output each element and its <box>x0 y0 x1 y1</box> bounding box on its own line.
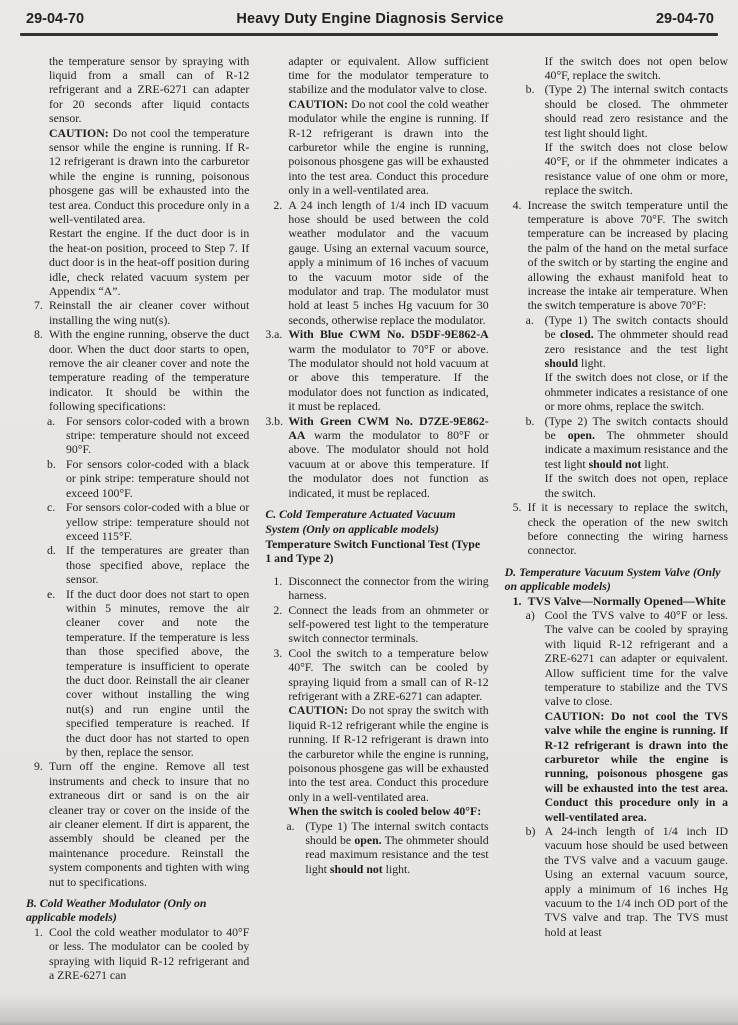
bold-text: should <box>545 356 578 370</box>
text-run: For sensors color-coded with a black or … <box>66 457 249 500</box>
text-block: b.(Type 2) The internal switch contacts … <box>505 82 728 140</box>
text-block: If the switch does not open, replace the… <box>505 471 728 500</box>
text-run: C. Cold Temperature Actuated Vacuum Syst… <box>265 507 455 535</box>
text-block: 2.A 24 inch length of 1/4 inch ID vacuum… <box>265 198 488 328</box>
list-marker: 1. <box>273 574 282 588</box>
bold-text: With Green CWM No. D7ZE-9E862-AA <box>288 414 488 442</box>
text-run: For sensors color-coded with a blue or y… <box>66 500 249 543</box>
text-run: A 24 inch length of 1/4 inch ID vacuum h… <box>288 198 488 327</box>
page-number-right: 29-04-70 <box>594 11 714 27</box>
list-marker: 9. <box>34 759 43 773</box>
text-block: Restart the engine. If the duct door is … <box>26 226 249 298</box>
bold-text: When the switch is cooled below 40°F: <box>288 804 481 818</box>
text-run: CAUTION: Do not spray the switch with li… <box>288 703 488 803</box>
text-block: a.For sensors color-coded with a brown s… <box>26 414 249 457</box>
text-run: If the switch does not close below 40°F,… <box>545 140 728 197</box>
text-block: 8.With the engine running, observe the d… <box>26 327 249 413</box>
section-heading: B. Cold Weather Modulator (Only on appli… <box>26 896 249 925</box>
text-block: If the switch does not open below 40°F, … <box>505 54 728 83</box>
list-marker: a. <box>286 819 294 833</box>
text-block: b.(Type 2) The switch contacts should be… <box>505 414 728 472</box>
list-marker: 3.b. <box>265 414 283 428</box>
text-run: If the temperatures are greater than tho… <box>66 543 249 586</box>
section-heading: D. Temperature Vacuum System Valve (Only… <box>505 565 728 594</box>
text-block: adapter or equivalent. Allow sufficient … <box>265 54 488 97</box>
text-run: A 24-inch length of 1/4 inch ID vacuum h… <box>545 824 728 939</box>
text-block: If the switch does not close, or if the … <box>505 370 728 413</box>
text-run: If it is necessary to replace the switch… <box>528 500 728 557</box>
text-block: CAUTION: Do not spray the switch with li… <box>265 703 488 804</box>
text-block: When the switch is cooled below 40°F: <box>265 804 488 818</box>
text-block: b)A 24-inch length of 1/4 inch ID vacuum… <box>505 824 728 939</box>
text-run: If the duct door does not start to open … <box>66 587 249 759</box>
text-block: 4.Increase the switch temperature until … <box>505 198 728 313</box>
text-block: If the switch does not close below 40°F,… <box>505 140 728 198</box>
page-number-left: 29-04-70 <box>26 11 146 27</box>
list-marker: a) <box>526 608 535 622</box>
bold-text: CAUTION: Do not cool the TVS valve while… <box>545 709 728 824</box>
text-run: Connect the leads from an ohmmeter or se… <box>288 603 488 646</box>
bold-text: should not <box>330 862 383 876</box>
list-marker: 3. <box>273 646 282 660</box>
text-block: a)Cool the TVS valve to 40°F or less. Th… <box>505 608 728 709</box>
text-run: If the switch does not open, replace the… <box>545 471 728 499</box>
text-run: B. Cold Weather Modulator (Only on appli… <box>26 896 206 924</box>
text-run: CAUTION: Do not cool the temperature sen… <box>49 126 249 226</box>
text-run: With the engine running, observe the duc… <box>49 327 249 413</box>
list-marker: 1. <box>513 594 522 608</box>
page-header: 29-04-70 Heavy Duty Engine Diagnosis Ser… <box>0 0 738 27</box>
text-block: CAUTION: Do not cool the temperature sen… <box>26 126 249 227</box>
text-run: D. Temperature Vacuum System Valve (Only… <box>505 565 721 593</box>
text-block: CAUTION: Do not cool the cold weather mo… <box>265 97 488 198</box>
text-block: 2.Connect the leads from an ohmmeter or … <box>265 603 488 646</box>
list-marker: 2. <box>273 198 282 212</box>
list-marker: c. <box>47 500 55 514</box>
text-run: CAUTION: Do not cool the TVS valve while… <box>545 709 728 824</box>
bold-text: TVS Valve—Normally Opened—White <box>528 594 726 608</box>
text-run: (Type 1) The internal switch contacts sh… <box>305 819 488 876</box>
text-run: If the switch does not open below 40°F, … <box>545 54 728 82</box>
list-marker: 8. <box>34 327 43 341</box>
section-heading: C. Cold Temperature Actuated Vacuum Syst… <box>265 507 488 536</box>
section-heading: Temperature Switch Functional Test (Type… <box>265 537 488 566</box>
list-marker: 4. <box>513 198 522 212</box>
text-run: (Type 1) The switch contacts should be c… <box>545 313 728 370</box>
text-block: the temperature sensor by spraying with … <box>26 54 249 126</box>
text-run: Cool the TVS valve to 40°F or less. The … <box>545 608 728 708</box>
text-run: (Type 2) The switch contacts should be o… <box>545 414 728 471</box>
column-2: adapter or equivalent. Allow sufficient … <box>265 54 488 983</box>
list-marker: b. <box>526 82 535 96</box>
text-block: 1.TVS Valve—Normally Opened—White <box>505 594 728 608</box>
text-run: Cool the cold weather modulator to 40°F … <box>49 925 249 982</box>
list-marker: d. <box>47 543 56 557</box>
bold-text: CAUTION: <box>288 97 348 111</box>
bold-text: 1. <box>513 594 522 608</box>
list-marker: a. <box>47 414 55 428</box>
bold-text: open. <box>354 833 381 847</box>
text-block: d.If the temperatures are greater than t… <box>26 543 249 586</box>
text-run: Temperature Switch Functional Test (Type… <box>265 537 480 565</box>
text-run: Disconnect the connector from the wiring… <box>288 574 488 602</box>
text-run: With Blue CWM No. D5DF-9E862-A warm the … <box>288 327 488 413</box>
list-marker: 7. <box>34 298 43 312</box>
list-marker: 2. <box>273 603 282 617</box>
text-run: For sensors color-coded with a brown str… <box>66 414 249 457</box>
text-block: 7.Reinstall the air cleaner cover withou… <box>26 298 249 327</box>
text-columns: the temperature sensor by spraying with … <box>0 36 738 983</box>
text-block: 3.a.With Blue CWM No. D5DF-9E862-A warm … <box>265 327 488 413</box>
bold-text: closed. <box>560 327 594 341</box>
bold-text: should not <box>589 457 642 471</box>
text-run: Reinstall the air cleaner cover without … <box>49 298 249 326</box>
text-run: CAUTION: Do not cool the cold weather mo… <box>288 97 488 197</box>
text-run: Increase the switch temperature until th… <box>528 198 728 313</box>
text-block: a.(Type 1) The switch contacts should be… <box>505 313 728 371</box>
bold-text: CAUTION: <box>49 126 109 140</box>
text-run: Cool the switch to a temperature below 4… <box>288 646 488 703</box>
text-run: Turn off the engine. Remove all test ins… <box>49 759 249 888</box>
list-marker: b. <box>526 414 535 428</box>
text-block: 3.b.With Green CWM No. D7ZE-9E862-AA war… <box>265 414 488 500</box>
text-run: When the switch is cooled below 40°F: <box>288 804 481 818</box>
text-block: a.(Type 1) The internal switch contacts … <box>265 819 488 877</box>
list-marker: 3.a. <box>265 327 282 341</box>
text-run: With Green CWM No. D7ZE-9E862-AA warm th… <box>288 414 488 500</box>
text-run: Restart the engine. If the duct door is … <box>49 226 249 298</box>
list-marker: b. <box>47 457 56 471</box>
list-marker: b) <box>526 824 536 838</box>
text-block: CAUTION: Do not cool the TVS valve while… <box>505 709 728 824</box>
text-run: TVS Valve—Normally Opened—White <box>528 594 726 608</box>
column-3: If the switch does not open below 40°F, … <box>505 54 728 983</box>
bold-text: With Blue CWM No. D5DF-9E862-A <box>288 327 488 341</box>
list-marker: 1. <box>34 925 43 939</box>
list-marker: a. <box>526 313 534 327</box>
text-block: 9.Turn off the engine. Remove all test i… <box>26 759 249 889</box>
text-block: c.For sensors color-coded with a blue or… <box>26 500 249 543</box>
text-block: b.For sensors color-coded with a black o… <box>26 457 249 500</box>
text-block: e.If the duct door does not start to ope… <box>26 587 249 760</box>
column-1: the temperature sensor by spraying with … <box>26 54 249 983</box>
manual-page: 29-04-70 Heavy Duty Engine Diagnosis Ser… <box>0 0 738 1025</box>
page-title: Heavy Duty Engine Diagnosis Service <box>146 11 594 27</box>
text-block: 5.If it is necessary to replace the swit… <box>505 500 728 558</box>
bold-text: open. <box>568 428 595 442</box>
text-run: adapter or equivalent. Allow sufficient … <box>288 54 488 97</box>
text-run: the temperature sensor by spraying with … <box>49 54 249 126</box>
list-marker: 5. <box>513 500 522 514</box>
text-block: 3.Cool the switch to a temperature below… <box>265 646 488 704</box>
list-marker: e. <box>47 587 55 601</box>
text-run: If the switch does not close, or if the … <box>545 370 728 413</box>
bold-text: CAUTION: <box>288 703 348 717</box>
text-block: 1.Disconnect the connector from the wiri… <box>265 574 488 603</box>
text-block: 1.Cool the cold weather modulator to 40°… <box>26 925 249 983</box>
text-run: (Type 2) The internal switch contacts sh… <box>545 82 728 139</box>
